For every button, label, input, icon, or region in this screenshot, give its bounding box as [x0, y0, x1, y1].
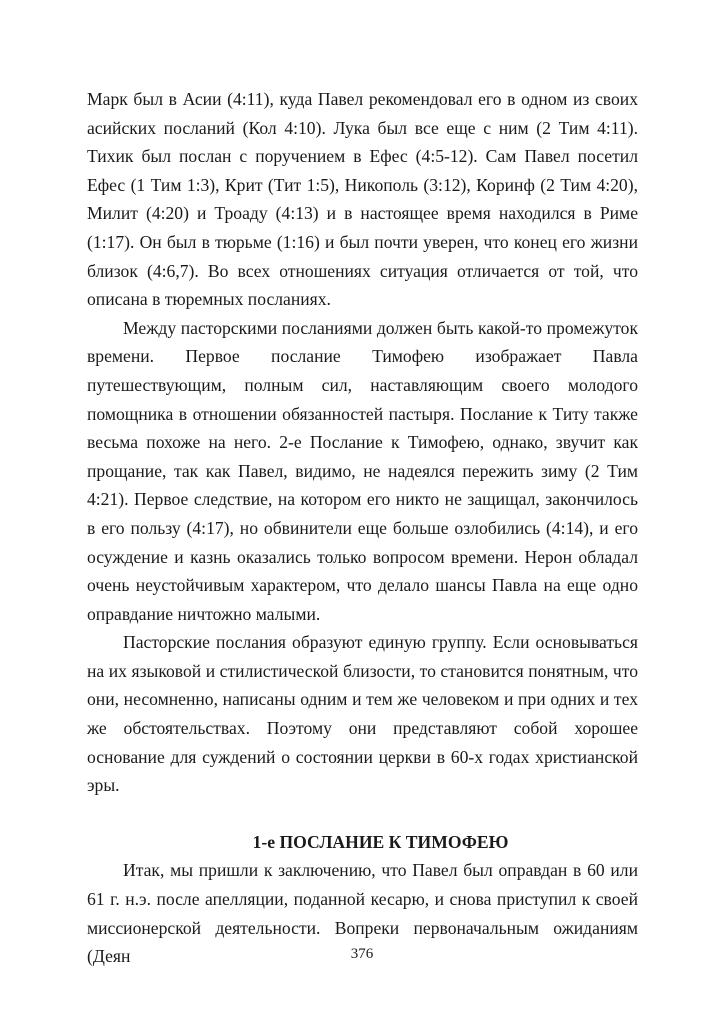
document-page: Марк был в Асии (4:11), куда Павел реком… — [87, 85, 638, 971]
paragraph-3: Пасторские послания образуют единую груп… — [87, 628, 638, 800]
paragraph-2: Между пасторскими посланиями должен быть… — [87, 314, 638, 629]
section-heading: 1-е ПОСЛАНИЕ К ТИМОФЕЮ — [87, 828, 638, 857]
paragraph-1: Марк был в Асии (4:11), куда Павел реком… — [87, 85, 638, 314]
page-number: 376 — [0, 944, 724, 964]
